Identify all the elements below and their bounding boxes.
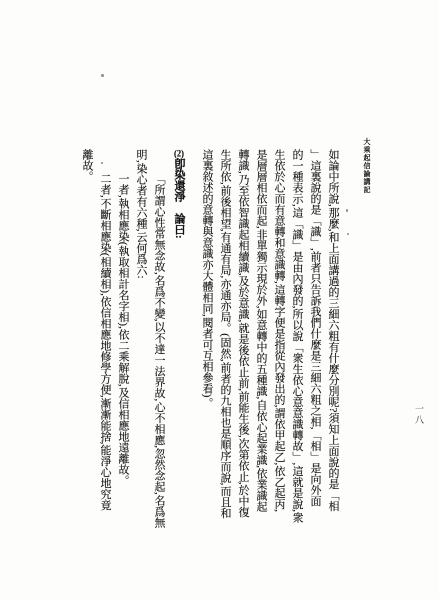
scanned-book-page: 大乘起信論講記 一八 如論中所說,那麼,和上面講過的三細六粗有什麼分別呢?須知上… xyxy=(0,0,439,599)
text-column: 如論中所說,那麼,和上面講過的三細六粗有什麼分別呢?須知上面說的是「相 xyxy=(324,149,342,587)
scan-speck xyxy=(101,74,104,77)
page-number: 一八 xyxy=(413,404,426,426)
section-heading: (2)卽染還淨 論曰: xyxy=(170,149,188,587)
text-column: 生依於心而有意轉和意識轉,這轉字便是指從內發出的,謂依甲起乙,依乙起丙, xyxy=(270,149,288,587)
text-column: 」這裏說的是「識」,前者只告訴我們什麼是三細六粗之相,「相」是向外面 xyxy=(306,149,324,587)
text-column: 一者,執相應染(執取相計名字相),依二乘解脫,及信相應地遠離故。 xyxy=(114,149,132,587)
scan-speck xyxy=(101,162,103,164)
text-column: 明,染心者有六種,云何爲六: xyxy=(132,149,150,587)
text-column: 是層層相依而起,非單獨示現於外,如意轉中的五種識,自依心起業識,依業識起 xyxy=(252,149,270,587)
scan-speck xyxy=(346,209,348,212)
text-column: 二者,不斷相應染(相續相),依信相應地修學方便,漸漸能捨,能淨心地究竟 xyxy=(96,149,114,587)
text-column: 「所謂心性常無念故,名爲不變,以不達一法界故,心不相應,忽然念起,名爲無 xyxy=(150,149,168,587)
vertical-text-block: 如論中所說,那麼,和上面講過的三細六粗有什麼分別呢?須知上面說的是「相」這裏說的… xyxy=(78,149,342,587)
section-number: (2) xyxy=(174,149,184,158)
text-column: 這裏敘述的意轉與意識亦大體相同,閱者可互相參看)。 xyxy=(198,149,216,587)
text-column: 生所依,前後相望,有通有局,亦通亦局。(固然,前者的九相也是順序而說,而且和 xyxy=(216,149,234,587)
scan-speck xyxy=(347,233,349,235)
text-column: 離故。 xyxy=(78,149,96,587)
running-head-book-title: 大乘起信論講記 xyxy=(362,138,372,194)
text-column: 的一種表示,這「識」是由內發的,所以說「衆生依心意意識轉故」,這就是說,衆 xyxy=(288,149,306,587)
text-column: 轉識,乃至依智識起相續識,及於意識,就是後依止前,前能生後,次第依止,於中復 xyxy=(234,149,252,587)
